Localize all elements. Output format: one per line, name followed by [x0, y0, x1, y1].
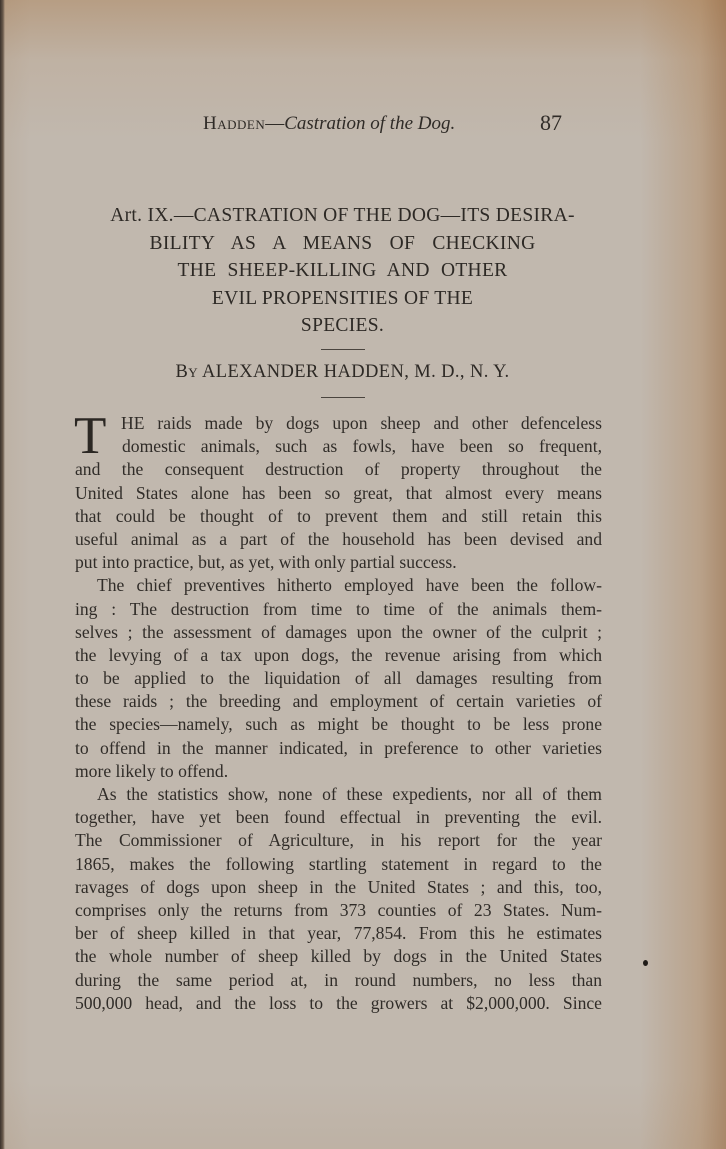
scanned-page: Hadden—Castration of the Dog. 87 Art. IX… [0, 0, 726, 1149]
divider-rule [321, 397, 365, 398]
text-line: useful animal as a part of the household… [75, 528, 602, 551]
text-line: As the statistics show, none of these ex… [75, 783, 602, 806]
page-number: 87 [540, 110, 562, 136]
text-line: the species—namely, such as might be tho… [75, 713, 602, 736]
title-line: Art. IX.—CASTRATION OF THE DOG—ITS DESIR… [70, 202, 615, 230]
text-line: these raids ; the breeding and employmen… [75, 690, 602, 713]
byline-author: ALEXANDER HADDEN, M. D., N. Y. [202, 362, 509, 382]
title-line: BILITY AS A MEANS OF CHECKING [70, 230, 615, 258]
paragraph-2: The chief preventives hitherto employed … [75, 574, 602, 783]
text-line: to be applied to the liquidation of all … [75, 667, 602, 690]
article-title: Art. IX.—CASTRATION OF THE DOG—ITS DESIR… [70, 202, 615, 340]
divider-rule [321, 349, 365, 350]
text-line: comprises only the returns from 373 coun… [75, 899, 602, 922]
running-head-separator: — [265, 113, 284, 134]
binding-edge [0, 0, 5, 1149]
text-line: The chief preventives hitherto employed … [75, 574, 602, 597]
text-line: HE raids made by dogs upon sheep and oth… [75, 412, 602, 435]
text-line: selves ; the assessment of damages upon … [75, 621, 602, 644]
text-line: during the same period at, in round numb… [75, 969, 602, 992]
running-head-author: Hadden [203, 113, 265, 134]
byline-prefix: By [175, 362, 198, 382]
ink-spot [643, 960, 648, 966]
title-line: EVIL PROPENSITIES OF THE [70, 285, 615, 313]
paragraph-1: HE raids made by dogs upon sheep and oth… [75, 412, 602, 574]
text-line: together, have yet been found effectual … [75, 806, 602, 829]
text-line: United States alone has been so great, t… [75, 482, 602, 505]
text-line: ing : The destruction from time to time … [75, 598, 602, 621]
text-line: ber of sheep killed in that year, 77,854… [75, 922, 602, 945]
title-line: SPECIES. [70, 312, 615, 340]
running-head-title: Castration of the Dog. [284, 113, 455, 134]
text-line: domestic animals, such as fowls, have be… [75, 435, 602, 458]
text-line: the whole number of sheep killed by dogs… [75, 945, 602, 968]
text-line: ravages of dogs upon sheep in the United… [75, 876, 602, 899]
text-line: that could be thought of to prevent them… [75, 505, 602, 528]
text-line: to offend in the manner indicated, in pr… [75, 737, 602, 760]
text-line: the levying of a tax upon dogs, the reve… [75, 644, 602, 667]
text-line: 1865, makes the following startling stat… [75, 853, 602, 876]
running-head: Hadden—Castration of the Dog. [203, 113, 568, 139]
text-line: put into practice, but, as yet, with onl… [75, 551, 602, 574]
article-body: T HE raids made by dogs upon sheep and o… [75, 412, 602, 1015]
text-line: 500,000 head, and the loss to the grower… [75, 992, 602, 1015]
drop-cap: T [74, 413, 106, 459]
text-line: and the consequent destruction of proper… [75, 458, 602, 481]
paragraph-3: As the statistics show, none of these ex… [75, 783, 602, 1015]
text-line: more likely to offend. [75, 760, 602, 783]
text-line: The Commissioner of Agriculture, in his … [75, 829, 602, 852]
byline: By ALEXANDER HADDEN, M. D., N. Y. [70, 362, 615, 383]
title-line: THE SHEEP-KILLING AND OTHER [70, 257, 615, 285]
